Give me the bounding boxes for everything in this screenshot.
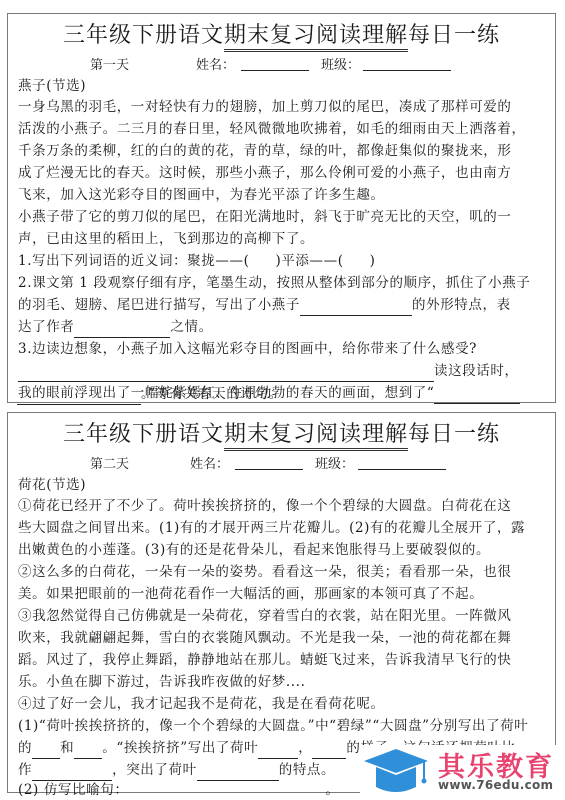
- class-label: 班级：: [321, 54, 360, 73]
- q2-text: 达了作者: [18, 319, 74, 335]
- q1-text: ，: [298, 740, 312, 756]
- passage-line: 飞来，加入这光彩夺目的图画中，为春光平添了许多生趣。: [18, 184, 547, 206]
- q2-text: 之情。: [170, 319, 212, 335]
- question-2-line: 达了作者之情。: [18, 316, 547, 338]
- answer-blank[interactable]: [133, 786, 325, 800]
- question-2: 2.课文第 1 段观察仔细有序，笔墨生动，按照从整体到部分的顺序，抓住了小燕子: [18, 272, 547, 294]
- passage-line: 乐。小鱼在脚下游过，告诉我昨夜做的好梦....: [18, 671, 547, 693]
- passage-line: 成了烂漫无比的春天。这时候，那些小燕子，那么伶俐可爱的小燕子，也由南方: [18, 162, 547, 184]
- answer-blank[interactable]: [312, 744, 346, 759]
- question-1: (1)“荷叶挨挨挤挤的，像一个个碧绿的大圆盘。”中“碧绿”“大圆盘”分别写出了荷…: [18, 715, 547, 737]
- title-suffix: 每日一练: [408, 23, 500, 48]
- graduation-cap-icon: [362, 747, 436, 797]
- name-label: 姓名：: [196, 54, 235, 73]
- answer-blank[interactable]: [300, 301, 412, 316]
- q1-text: 。“挨挨挤挤”写出了荷叶: [102, 740, 258, 756]
- passage-line: 小燕子带了它的剪刀似的尾巴，在阳光满地时，斜飞于旷亮无比的天空，叽的一: [18, 206, 547, 228]
- q1-end: ): [370, 253, 376, 269]
- question-3-line: 读这段话时，: [18, 360, 547, 382]
- q2-label: (2) 仿写比喻句：: [18, 782, 128, 798]
- q1-text: 1.写出下列词语的近义词：聚拢——(: [18, 253, 249, 269]
- worksheet-title: 三年级下册语文期末复习阅读理解每日一练: [8, 421, 555, 449]
- q1-mid: )平添——(: [275, 253, 343, 269]
- q2-end: 。: [325, 782, 339, 798]
- answer-blank[interactable]: [18, 367, 434, 382]
- passage-line: 吹来，我就翩翩起舞，雪白的衣裳随风飘动。不光是我一朵，一池的荷花都在舞: [18, 627, 547, 649]
- q2-text: 的外形特点，表: [412, 297, 511, 313]
- question-3-line: 。”等有关春天的诗句。: [17, 383, 557, 405]
- passage-line: ②这么多的白荷花，一朵有一朵的姿势。看看这一朵，很美；看看那一朵，也很: [18, 561, 547, 583]
- question-2-line: 的羽毛、翅膀、尾巴进行描写，写出了小燕子的外形特点，表: [18, 294, 547, 316]
- question-1: 1.写出下列词语的近义词：聚拢——()平添——(): [18, 250, 547, 272]
- passage-title: 燕子(节选): [18, 75, 547, 97]
- q3-text: 。”等有关春天的诗句。: [141, 386, 283, 402]
- class-label: 班级：: [315, 453, 354, 472]
- name-field[interactable]: [241, 56, 309, 71]
- passage-title: 荷花(节选): [18, 474, 547, 496]
- student-info-row: 第一天 姓名： 班级：: [8, 54, 555, 74]
- question-3: 3.边读边想象，小燕子加入这幅光彩夺目的图画中，给你带来了什么感受?: [18, 338, 547, 360]
- name-label: 姓名：: [190, 453, 229, 472]
- passage-line: 些大圆盘之间冒出来。(1)有的才展开两三片花瓣儿。(2)有的花瓣儿全展开了，露: [18, 517, 547, 539]
- q2-text: 的羽毛、翅膀、尾巴进行描写，写出了小燕子: [18, 297, 300, 313]
- passage-line: 一身乌黑的羽毛，一对轻快有力的翅膀，加上剪刀似的尾巴，凑成了那样可爱的: [18, 96, 547, 118]
- answer-blank[interactable]: [74, 323, 170, 338]
- day-label: 第一天: [90, 54, 129, 73]
- answer-blank[interactable]: [32, 744, 60, 759]
- title-prefix: 三年级下册语文: [63, 422, 224, 447]
- answer-blank[interactable]: [17, 390, 141, 405]
- passage-line: ④过了好一会儿，我才记起我不是荷花，我是在看荷花呢。: [18, 693, 547, 715]
- q3-text: 读这段话时，: [434, 363, 519, 379]
- answer-blank[interactable]: [74, 744, 102, 759]
- worksheet-title: 三年级下册语文期末复习阅读理解每日一练: [8, 22, 555, 50]
- watermark-url: www.76edu.com: [438, 778, 553, 792]
- q1-text: 和: [60, 740, 74, 756]
- passage-line: 蹈。风过了，我停止舞蹈，静静地站在那儿。蜻蜓飞过来，告诉我清早飞行的快: [18, 649, 547, 671]
- worksheet-day2: 三年级下册语文期末复习阅读理解每日一练 第二天 姓名： 班级： 荷花(节选) ①…: [7, 412, 556, 793]
- title-underlined: 期末复习阅读理解: [224, 422, 408, 451]
- passage-line: 声，已由这里的稻田上，飞到那边的高柳下了。: [18, 228, 547, 250]
- passage-line: ③我忽然觉得自己仿佛就是一朵荷花，穿着雪白的衣裳，站在阳光里。一阵微风: [18, 605, 547, 627]
- answer-blank[interactable]: [258, 744, 298, 759]
- q1-text: 作: [18, 762, 32, 778]
- passage-line: 活泼的小燕子。二三月的春日里，轻风微微地吹拂着，如毛的细雨由天上洒落着，: [18, 118, 547, 140]
- passage-line: 千条万条的柔柳，红的白的黄的花，青的草，绿的叶，都像赶集似的聚拢来，形: [18, 140, 547, 162]
- q1-text: ，突出了荷叶: [112, 762, 197, 778]
- q1-text: 的特点。: [279, 762, 335, 778]
- student-info-row: 第二天 姓名： 班级：: [8, 453, 555, 473]
- day-label: 第二天: [90, 453, 129, 472]
- watermark-logo: 其乐教育 www.76edu.com: [360, 745, 560, 797]
- title-underlined: 期末复习阅读理解: [224, 23, 408, 52]
- passage-line: 美。如果把眼前的一池荷花看作一大幅活的画，那画家的本领可真了不起。: [18, 583, 547, 605]
- passage-line: ①荷花已经开了不少了。荷叶挨挨挤挤的，像一个个碧绿的大圆盘。白荷花在这: [18, 495, 547, 517]
- title-prefix: 三年级下册语文: [63, 23, 224, 48]
- worksheet-day1: 三年级下册语文期末复习阅读理解每日一练 第一天 姓名： 班级： 燕子(节选) 一…: [7, 13, 556, 403]
- q1-text: 的: [18, 740, 32, 756]
- title-suffix: 每日一练: [408, 422, 500, 447]
- passage-line: 出嫩黄色的小莲蓬。(3)有的还是花骨朵儿，看起来饱胀得马上要破裂似的。: [18, 539, 547, 561]
